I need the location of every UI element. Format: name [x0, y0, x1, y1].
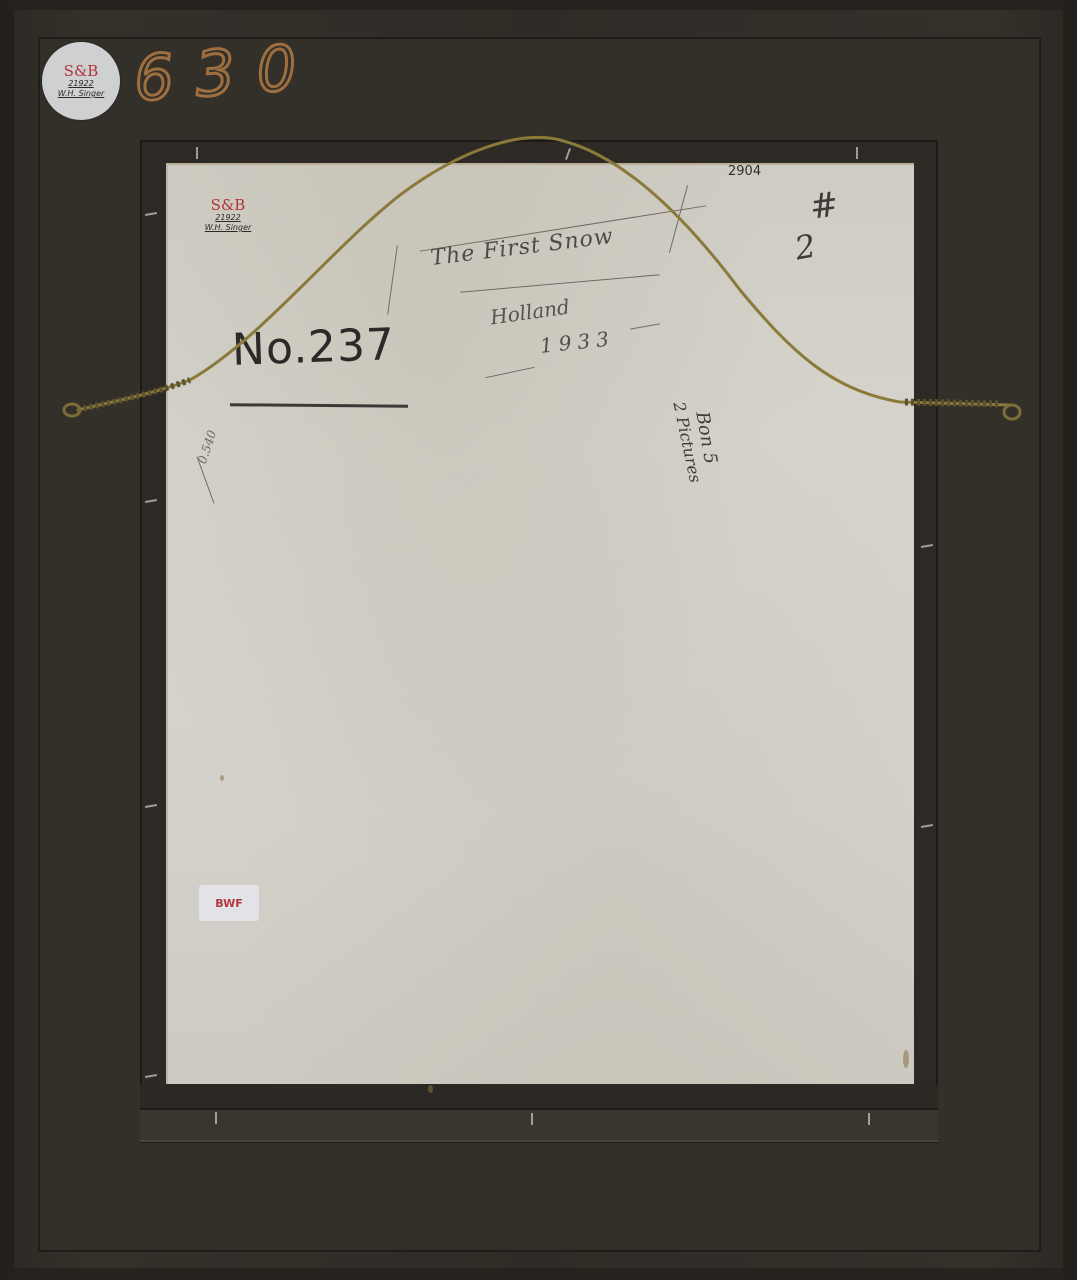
inscription-corner-number: 2904 [728, 164, 761, 179]
frame-edge-right [1063, 0, 1077, 1280]
inscription-inventory-number: No.237 [231, 319, 396, 376]
frame-edge-top [0, 0, 1077, 10]
stain [903, 1050, 909, 1068]
sb-logo: S&B [64, 63, 99, 79]
bwf-label: BWF [199, 885, 259, 921]
sticker-artist: W.H. Singer [58, 89, 105, 99]
stamp-number: 21922 [215, 213, 240, 223]
stain [428, 1085, 433, 1093]
painting-back-photo: S&B 21922 W.H. Singer 630 S&B 21922 W.H.… [0, 0, 1077, 1280]
inscription-hash: # [807, 184, 841, 228]
chalk-number: 630 [132, 30, 321, 116]
staple [856, 147, 858, 159]
staple [196, 147, 198, 159]
stain [220, 775, 224, 781]
frame-edge-left [0, 0, 14, 1280]
sticker-number: 21922 [68, 79, 93, 89]
stamp-artist: W.H. Singer [205, 223, 252, 233]
sb-logo: S&B [211, 197, 246, 213]
staple [215, 1112, 217, 1124]
canvas-stamp: S&B 21922 W.H. Singer [190, 197, 266, 233]
frame-edge-bottom [0, 1268, 1077, 1280]
bottom-slat [140, 1108, 938, 1142]
collector-sticker-round: S&B 21922 W.H. Singer [42, 42, 120, 120]
staple [531, 1113, 533, 1125]
staple [868, 1113, 870, 1125]
